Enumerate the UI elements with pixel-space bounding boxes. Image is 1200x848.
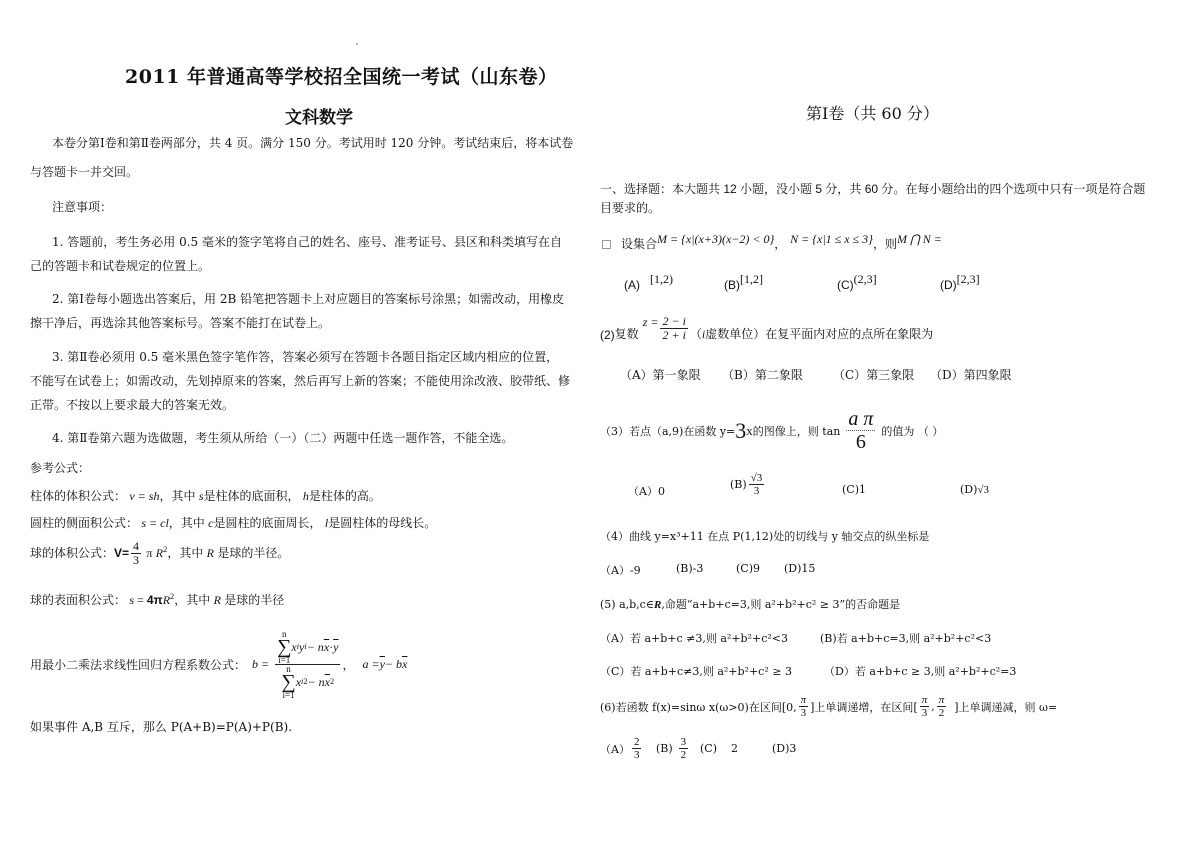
formula-expr: v = sh xyxy=(129,489,159,503)
fraction-numerator: a π xyxy=(846,408,875,431)
formula-prefix: V= xyxy=(114,546,129,560)
question-text: 复数 xyxy=(615,325,639,342)
q4-option-d[interactable]: (D)15 xyxy=(784,562,815,575)
option-label: (C) xyxy=(842,483,859,496)
question-text: 的值为 （ ） xyxy=(881,423,943,439)
fraction-numerator: 4 xyxy=(131,540,141,554)
option-value: [1,2] xyxy=(740,272,763,286)
variable-r: R xyxy=(207,546,214,560)
note-2-line-2: 擦干净后，再选涂其他答案标号。答案不能打在试卷上。 xyxy=(30,314,330,331)
sum-symbol: n∑i=1 xyxy=(277,630,291,664)
option-label: （A） xyxy=(600,564,630,577)
option-value: 9 xyxy=(753,562,760,575)
option-label: (D) xyxy=(784,562,801,575)
option-label: (A) xyxy=(624,278,640,292)
equals-sign: = xyxy=(134,593,147,607)
formula-text: ，其中 xyxy=(169,516,205,530)
option-value: 第二象限 xyxy=(755,368,803,382)
sum-lower: i=1 xyxy=(278,656,290,664)
fraction-numerator: 2 xyxy=(632,736,642,749)
option-label: （A） xyxy=(600,741,630,757)
regression-fraction: n∑i=1 xiyi − nx · y n∑i=1 xi2 − nx2 xyxy=(275,630,340,699)
q1-option-a[interactable]: (A)[1,2) xyxy=(624,272,673,292)
note-3-line-1: 3. 第Ⅱ卷必须用 0.5 毫米黑色签字笔作答，答案必须写在答题卡各题目指定区域… xyxy=(52,348,558,365)
question-5: (5) a,b,c∈R,命题“a+b+c=3,则 a²+b²+c² ≥ 3”的否… xyxy=(600,596,900,612)
option-value: 0 xyxy=(658,485,665,498)
q5-option-d[interactable]: （D）若 a+b+c ≥ 3,则 a²+b²+c²=3 xyxy=(824,663,1016,679)
sum-lower: i=1 xyxy=(283,691,295,699)
fraction: 2 − i2 + i xyxy=(660,315,687,342)
formula-cylinder-volume: 柱体的体积公式： v = sh，其中 s是柱体的底面积， h是柱体的高。 xyxy=(30,487,381,504)
comma: ， xyxy=(342,656,354,673)
option-label: （D） xyxy=(824,665,855,678)
option-value: √3 xyxy=(977,484,989,496)
instructions-line-2: 目要求的。 xyxy=(600,199,660,216)
option-value: 若 a+b+c ≠3,则 a²+b²+c²<3 xyxy=(630,632,788,645)
question-3: （3）若点（a,9)在函数 y= 3x 的图像上，则 tan a π6 的值为 … xyxy=(600,408,943,453)
fraction-numerator: n∑i=1 xiyi − nx · y xyxy=(275,630,340,665)
formula-text: 是圆柱体的母线长。 xyxy=(328,516,436,530)
q3-option-c[interactable]: (C)1 xyxy=(842,483,866,496)
question-1: 设集合M = {x|(x+3)(x−2) < 0}， N = {x|1 ≤ x … xyxy=(602,232,942,252)
note-3-line-3: 正带。不按以上要求最大的答案无效。 xyxy=(30,396,234,413)
sum-symbol: n∑i=1 xyxy=(281,665,295,699)
option-value: 第四象限 xyxy=(964,368,1012,382)
option-label: (D) xyxy=(940,278,957,292)
intersection-expression: M ⋂ N = xyxy=(897,232,942,246)
option-label: (B) xyxy=(656,742,673,755)
note-3-line-2: 不能写在试卷上；如需改动，先划掉原来的答案，然后再写上新的答案；不能使用涂改液、… xyxy=(30,372,570,389)
option-label: (C) xyxy=(700,742,717,755)
question-text: 设集合 xyxy=(621,237,657,251)
q5-option-c[interactable]: （C）若 a+b+c≠3,则 a²+b²+c² ≥ 3 xyxy=(600,663,792,679)
fraction: π2 xyxy=(937,694,947,719)
fraction-denominator: 6 xyxy=(854,431,868,453)
option-value: 第三象限 xyxy=(866,368,914,382)
note-1-line-2: 己的答题卡和试卷规定的位置上。 xyxy=(30,257,210,274)
set-m-definition: M = {x|(x+3)(x−2) < 0} xyxy=(657,232,774,246)
q5-option-a[interactable]: （A）若 a+b+c ≠3,则 a²+b²+c²<3 xyxy=(600,630,788,646)
comma: , xyxy=(931,700,935,713)
note-4-line-1: 4. 第Ⅱ卷第六题为选做题，考生须从所给（一）（二）两题中任选一题作答，不能全选… xyxy=(52,429,513,446)
formula-text: 是球的半径。 xyxy=(217,546,289,560)
option-value: 若 a+b+c=3,则 a²+b²+c²<3 xyxy=(837,632,992,645)
fraction: a π6 xyxy=(846,408,875,453)
formula-regression: 用最小二乘法求线性回归方程系数公式： b = n∑i=1 xiyi − nx ·… xyxy=(30,630,407,699)
variable-r: R xyxy=(214,593,221,607)
option-value: (2,3] xyxy=(854,272,877,286)
formula-cylinder-lateral: 圆柱的侧面积公式： s = cl，其中 c是圆柱的底面周长， l是圆柱体的母线长… xyxy=(30,514,436,531)
formulas-heading: 参考公式： xyxy=(30,459,90,476)
question-text: 虚数单位）在复平面内对应的点所在象限为 xyxy=(705,325,933,342)
question-text: 若点（a,9)在函数 y= xyxy=(629,423,735,439)
q4-option-c[interactable]: (C)9 xyxy=(736,562,760,575)
formula-sphere-surface: 球的表面积公式： s = 4πR2，其中 R 是球的半径 xyxy=(30,591,284,608)
q4-option-b[interactable]: (B)-3 xyxy=(676,562,703,575)
option-label: （D） xyxy=(930,368,964,382)
question-text: ]上单调递减，则 ω= xyxy=(954,699,1057,715)
formula-label: 柱体的体积公式： xyxy=(30,489,126,503)
formula-text: − b xyxy=(385,657,402,672)
option-label: (D) xyxy=(772,742,789,755)
pi-symbol: π xyxy=(146,546,152,560)
question-text: ,命题“a+b+c=3,则 a²+b²+c² ≥ 3”的否命题是 xyxy=(661,598,900,611)
option-label: (B) xyxy=(724,278,740,292)
q1-option-d[interactable]: (D)[2,3] xyxy=(940,272,980,292)
option-value: [2,3] xyxy=(957,272,980,286)
option-label: (B) xyxy=(676,562,693,575)
option-label: （A） xyxy=(600,632,630,645)
b-equals: b = xyxy=(252,657,269,672)
formula-sphere-volume: 球的体积公式：V=43 π R2，其中 R 是球的半径。 xyxy=(30,540,289,567)
formula-label: 球的体积公式： xyxy=(30,546,114,560)
fraction-numerator: π xyxy=(920,694,930,707)
option-value: 若 a+b+c≠3,则 a²+b²+c² ≥ 3 xyxy=(630,665,792,678)
option-label: (B) xyxy=(820,632,837,645)
option-value: -9 xyxy=(630,564,641,577)
fraction-denominator: 2 xyxy=(937,707,947,719)
formula-label: 用最小二乘法求线性回归方程系数公式： xyxy=(30,656,246,673)
variable-r: R xyxy=(163,593,170,607)
formula-text: ，其中 xyxy=(167,546,203,560)
x-bar: x xyxy=(402,657,407,672)
q5-option-b[interactable]: (B)若 a+b+c=3,则 a²+b²+c²<3 xyxy=(820,630,991,646)
q3-option-b[interactable]: (B)√33 xyxy=(730,472,766,497)
set-n-definition: N = {x|1 ≤ x ≤ 3} xyxy=(790,232,873,246)
formula-label: 球的表面积公式： xyxy=(30,593,126,607)
option-label: (B) xyxy=(730,478,747,491)
note-1-line-1: 1. 答题前，考生务必用 0.5 毫米的签字笔将自己的姓名、座号、准考证号、县区… xyxy=(52,233,562,250)
variable-x: x xyxy=(291,641,296,654)
fraction: 32 xyxy=(679,736,689,761)
option-value: 3 xyxy=(789,742,796,755)
fraction: π3 xyxy=(799,694,809,719)
formula-text: ，其中 xyxy=(159,489,195,503)
fraction-numerator: π xyxy=(799,694,809,707)
paren: （ xyxy=(690,325,702,342)
option-value: 15 xyxy=(801,562,815,575)
question-6: (6)若函数 f(x)=sinω x(ω>0)在区间[0, π3 ]上单调递增，… xyxy=(600,694,1057,719)
fraction-denominator: 2 xyxy=(679,749,689,761)
q1-option-b[interactable]: (B)[1,2] xyxy=(724,272,763,292)
fraction: √33 xyxy=(749,472,765,497)
fraction: π3 xyxy=(920,694,930,719)
power-base: 3 xyxy=(735,418,746,444)
formula-label: 圆柱的侧面积公式： xyxy=(30,516,138,530)
q6-option-d[interactable]: (D)3 xyxy=(772,742,796,755)
question-4: （4）曲线 y=x³+11 在点 P(1,12)处的切线与 y 轴交点的纵坐标是 xyxy=(600,528,929,544)
fraction: 43 xyxy=(131,540,141,567)
fraction-denominator: 2 + i xyxy=(660,329,687,342)
question-text: 的图像上，则 tan xyxy=(753,423,841,439)
fraction-numerator: π xyxy=(937,694,947,707)
q6-option-b[interactable]: (B)32 xyxy=(656,736,690,761)
fraction-denominator: 3 xyxy=(752,485,762,497)
option-value: 若 a+b+c ≥ 3,则 a²+b²+c²=3 xyxy=(855,665,1017,678)
question-text: ，则 xyxy=(873,237,897,251)
question-text: (6)若函数 f(x)=sinω x(ω>0)在区间[0, xyxy=(600,699,797,715)
option-label: (C) xyxy=(736,562,753,575)
option-label: （C） xyxy=(600,665,630,678)
fraction-denominator: 3 xyxy=(131,554,141,567)
q2-option-d[interactable]: （D）第四象限 xyxy=(930,366,1012,383)
option-label: （B） xyxy=(722,368,755,382)
option-label: （C） xyxy=(833,368,866,382)
formula-text: ，其中 xyxy=(174,593,210,607)
section-title: 第Ⅰ卷（共 60 分） xyxy=(806,101,939,124)
question-number: （3） xyxy=(600,423,629,439)
formula-text: − n xyxy=(308,676,325,689)
instructions-line-1: 一、选择题：本大题共 12 小题，没小题 5 分，共 60 分。在每小题给出的四… xyxy=(600,180,1145,197)
q4-option-a[interactable]: （A）-9 xyxy=(600,562,641,578)
q2-option-a[interactable]: （A）第一象限 xyxy=(620,366,701,383)
option-value: 2 xyxy=(731,742,738,755)
a-equals: a = xyxy=(362,657,379,672)
fraction-numerator: √3 xyxy=(749,472,765,485)
q3-option-a[interactable]: （A）0 xyxy=(628,483,665,499)
option-label: (D) xyxy=(960,483,977,496)
exam-subtitle: 文科数学 xyxy=(285,103,353,128)
question-2: (2)复数 z = 2 − i2 + i （i虚数单位）在复平面内对应的点所在象… xyxy=(600,315,933,342)
fraction-numerator: 2 − i xyxy=(660,315,687,329)
option-label: （A） xyxy=(628,485,658,498)
stray-dot xyxy=(356,43,358,45)
question-text: ]上单调递增，在区间[ xyxy=(810,699,918,715)
formula-text: − n xyxy=(307,641,324,654)
q2-option-b[interactable]: （B）第二象限 xyxy=(722,366,803,383)
formula-text: 是圆柱的底面周长， xyxy=(213,516,321,530)
note-2-line-1: 2. 第Ⅰ卷每小题选出答案后，用 2B 铅笔把答题卡上对应题目的答案标号涂黑；如… xyxy=(52,290,564,307)
coefficient: 4π xyxy=(147,593,163,607)
fraction-denominator: 3 xyxy=(920,707,930,719)
checkbox-placeholder-icon xyxy=(602,240,611,249)
fraction-denominator: n∑i=1 xi2 − nx2 xyxy=(279,665,336,699)
question-number: (2) xyxy=(600,328,615,342)
y-bar: y xyxy=(333,641,338,654)
fraction-numerator: 3 xyxy=(679,736,689,749)
option-value: 第一象限 xyxy=(653,368,701,382)
q2-option-c[interactable]: （C）第三象限 xyxy=(833,366,914,383)
q1-option-c[interactable]: (C)(2,3] xyxy=(837,272,877,292)
z-equals: z = xyxy=(643,315,659,330)
formula-text: 是球的半径 xyxy=(224,593,284,607)
exam-title: 2011 年普通高等学校招全国统一考试（山东卷） xyxy=(125,62,558,89)
q3-option-d[interactable]: (D)√3 xyxy=(960,483,989,496)
intro-line-2: 与答题卡一并交回。 xyxy=(30,163,138,180)
option-value: [1,2) xyxy=(650,272,673,286)
fraction: 23 xyxy=(632,736,642,761)
option-value: -3 xyxy=(693,562,704,575)
separator: ， xyxy=(774,237,786,251)
option-label: （A） xyxy=(620,368,653,382)
option-value: 1 xyxy=(859,483,866,496)
fraction-denominator: 3 xyxy=(799,707,809,719)
question-text: (5) a,b,c∈ xyxy=(600,598,654,611)
option-label: (C) xyxy=(837,278,854,292)
formula-text: 是柱体的底面积， xyxy=(203,489,299,503)
q6-option-a[interactable]: （A）23 xyxy=(600,736,643,761)
q6-option-c[interactable]: (C)2 xyxy=(700,742,738,755)
notes-heading: 注意事项： xyxy=(52,198,112,215)
formula-expr: s = cl xyxy=(141,516,168,530)
formula-probability: 如果事件 A,B 互斥，那么 P(A+B)=P(A)+P(B). xyxy=(30,718,292,735)
fraction-denominator: 3 xyxy=(632,749,642,761)
intro-line-1: 本卷分第Ⅰ卷和第Ⅱ卷两部分，共 4 页。满分 150 分。考试用时 120 分钟… xyxy=(52,134,573,151)
formula-text: 是柱体的高。 xyxy=(309,489,381,503)
